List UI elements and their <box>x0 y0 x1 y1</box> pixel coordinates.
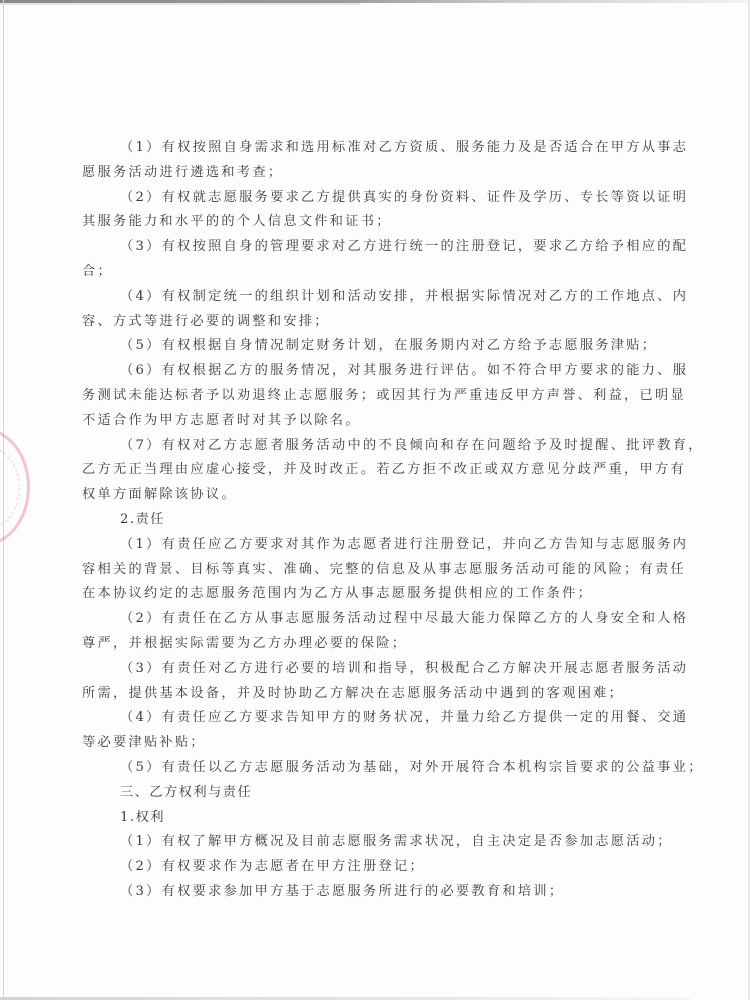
paragraph-line: （1）有权按照自身需求和选用标准对乙方资质、服务能力及是否适合在甲方从事志 <box>82 136 666 161</box>
paragraph-line: 在本协议约定的志愿服务范围内为乙方从事志愿服务提供相应的工作条件； <box>82 582 666 607</box>
paragraph-line: 合； <box>82 260 666 285</box>
section-heading: 三、乙方权利与责任 <box>82 781 666 806</box>
paragraph-line: 务测试未能达标者予以劝退终止志愿服务；或因其行为严重违反甲方声誉、利益，已明显 <box>82 384 666 409</box>
paragraph-line: 尊严，并根据实际需要为乙方办理必要的保险； <box>82 632 666 657</box>
paragraph-line: （2）有责任在乙方从事志愿服务活动过程中尽最大能力保障乙方的人身安全和人格 <box>82 607 666 632</box>
paragraph-line: （2）有权要求作为志愿者在甲方注册登记； <box>82 855 666 880</box>
paragraph-line: 等必要津贴补贴； <box>82 731 666 756</box>
paragraph-line: 所需，提供基本设备，并及时协助乙方解决在志愿服务活动中遇到的客观困难； <box>82 682 666 707</box>
paragraph-line: （4）有权制定统一的组织计划和活动安排，并根据实际情况对乙方的工作地点、内 <box>82 285 666 310</box>
paragraph-line: （1）有权了解甲方概况及目前志愿服务需求状况，自主决定是否参加志愿活动； <box>82 830 666 855</box>
scan-edge-top-shadow <box>0 3 360 5</box>
paragraph-line: （2）有权就志愿服务要求乙方提供真实的身份资料、证件及学历、专长等资以证明 <box>82 186 666 211</box>
paragraph-line: 容相关的背景、目标等真实、准确、完整的信息及从事志愿服务活动可能的风险；有责任 <box>82 558 666 583</box>
paragraph-line: 愿服务活动进行遴选和考查； <box>82 161 666 186</box>
paragraph-line: （7）有权对乙方志愿者服务活动中的不良倾向和存在问题给予及时提醒、批评教育， <box>82 434 666 459</box>
paragraph-line: 容、方式等进行必要的调整和安排； <box>82 310 666 335</box>
paragraph-line: （3）有权要求参加甲方基于志愿服务所进行的必要教育和培训； <box>82 880 666 905</box>
paragraph-line: （3）有权按照自身的管理要求对乙方进行统一的注册登记，要求乙方给予相应的配 <box>82 235 666 260</box>
paragraph-line: 其服务能力和水平的的个人信息文件和证书； <box>82 210 666 235</box>
section-heading: 2.责任 <box>82 508 666 533</box>
paragraph-line: （1）有责任应乙方要求对其作为志愿者进行注册登记，并向乙方告知与志愿服务内 <box>82 533 666 558</box>
paragraph-line: （3）有责任对乙方进行必要的培训和指导，积极配合乙方解决开展志愿者服务活动 <box>82 657 666 682</box>
paragraph-line: （4）有责任应乙方要求告知甲方的财务状况，并量力给乙方提供一定的用餐、交通 <box>82 706 666 731</box>
section-heading: 1.权利 <box>82 806 666 831</box>
paragraph-line: （5）有权根据自身情况制定财务计划，在服务期内对乙方给予志愿服务津贴； <box>82 334 666 359</box>
paragraph-line: 乙方无正当理由应虚心接受，并及时改正。若乙方拒不改正或双方意见分歧严重，甲方有 <box>82 458 666 483</box>
paragraph-line: 权单方面解除该协议。 <box>82 483 666 508</box>
paragraph-line: （5）有责任以乙方志愿服务活动为基础，对外开展符合本机构宗旨要求的公益事业； <box>82 756 666 781</box>
document-body: （1）有权按照自身需求和选用标准对乙方资质、服务能力及是否适合在甲方从事志愿服务… <box>82 136 666 905</box>
paragraph-line: （6）有权根据乙方的服务情况，对其服务进行评估。如不符合甲方要求的能力、服 <box>82 359 666 384</box>
paragraph-line: 不适合作为甲方志愿者时对其予以除名。 <box>82 409 666 434</box>
